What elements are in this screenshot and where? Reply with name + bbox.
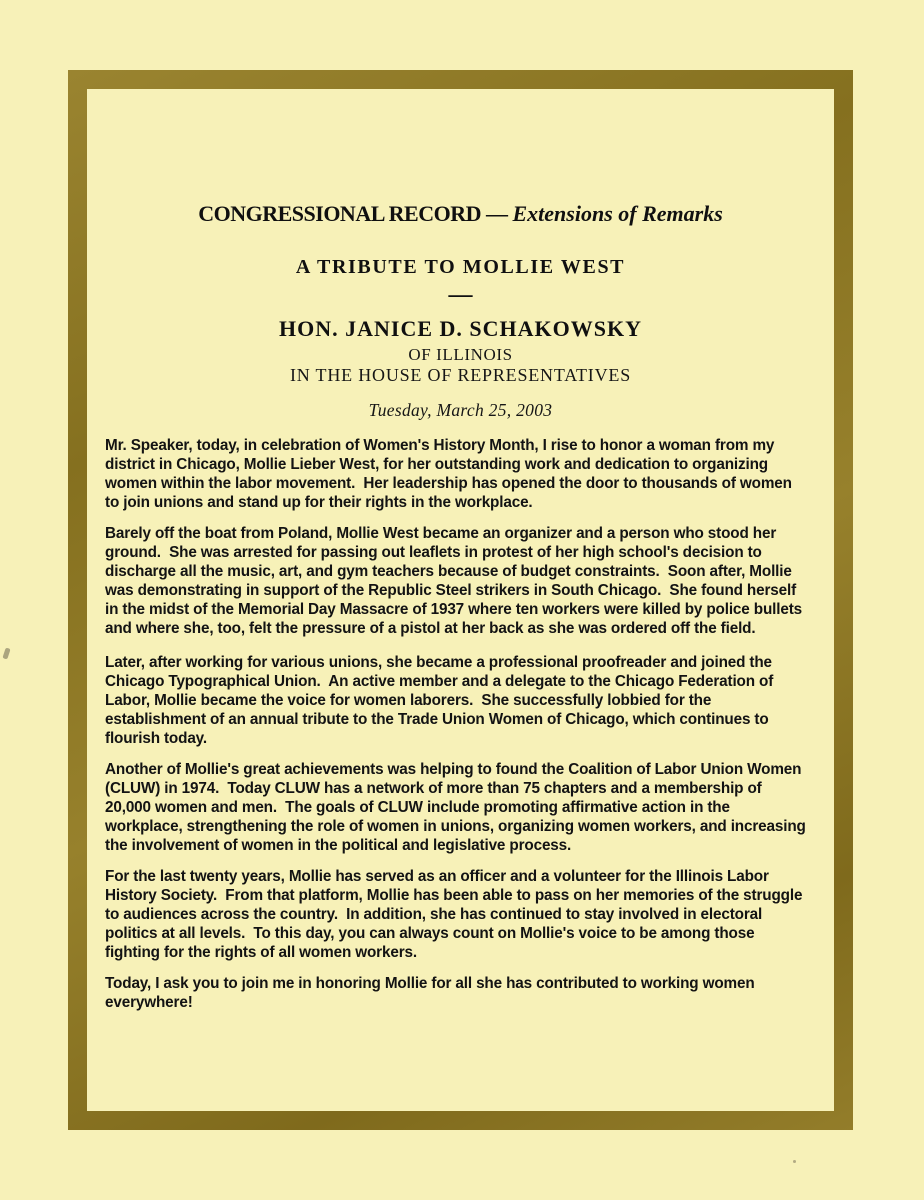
paragraph-6: Today, I ask you to join me in honoring … (105, 974, 827, 1012)
speaker-name: HON. JANICE D. SCHAKOWSKY (87, 316, 834, 341)
paragraph-1: Mr. Speaker, today, in celebration of Wo… (105, 436, 827, 512)
gold-border-frame: CONGRESSIONAL RECORD—Extensions of Remar… (68, 70, 853, 1130)
session-date: Tuesday, March 25, 2003 (87, 400, 834, 420)
paragraph-2: Barely off the boat from Poland, Mollie … (105, 524, 827, 638)
speech-body: Mr. Speaker, today, in celebration of Wo… (105, 436, 827, 1012)
tribute-title: A TRIBUTE TO MOLLIE WEST (87, 256, 834, 279)
masthead-main: CONGRESSIONAL RECORD (198, 201, 481, 226)
paragraph-3: Later, after working for various unions,… (105, 653, 827, 748)
scan-speck (2, 647, 10, 659)
masthead-subtitle: Extensions of Remarks (513, 201, 723, 226)
paragraph-5: For the last twenty years, Mollie has se… (105, 867, 827, 962)
speaker-state: OF ILLINOIS (87, 345, 834, 365)
masthead: CONGRESSIONAL RECORD—Extensions of Remar… (87, 201, 834, 226)
speaker-chamber: IN THE HOUSE OF REPRESENTATIVES (87, 365, 834, 386)
scan-speck (793, 1160, 796, 1163)
masthead-dash: — (486, 201, 508, 226)
scanned-document-page: { "colors": { "paper": "#f7f1b8", "gold_… (0, 0, 924, 1200)
title-divider-dash: — (87, 289, 834, 301)
page-content: CONGRESSIONAL RECORD—Extensions of Remar… (87, 89, 834, 1111)
paragraph-4: Another of Mollie's great achievements w… (105, 760, 827, 855)
